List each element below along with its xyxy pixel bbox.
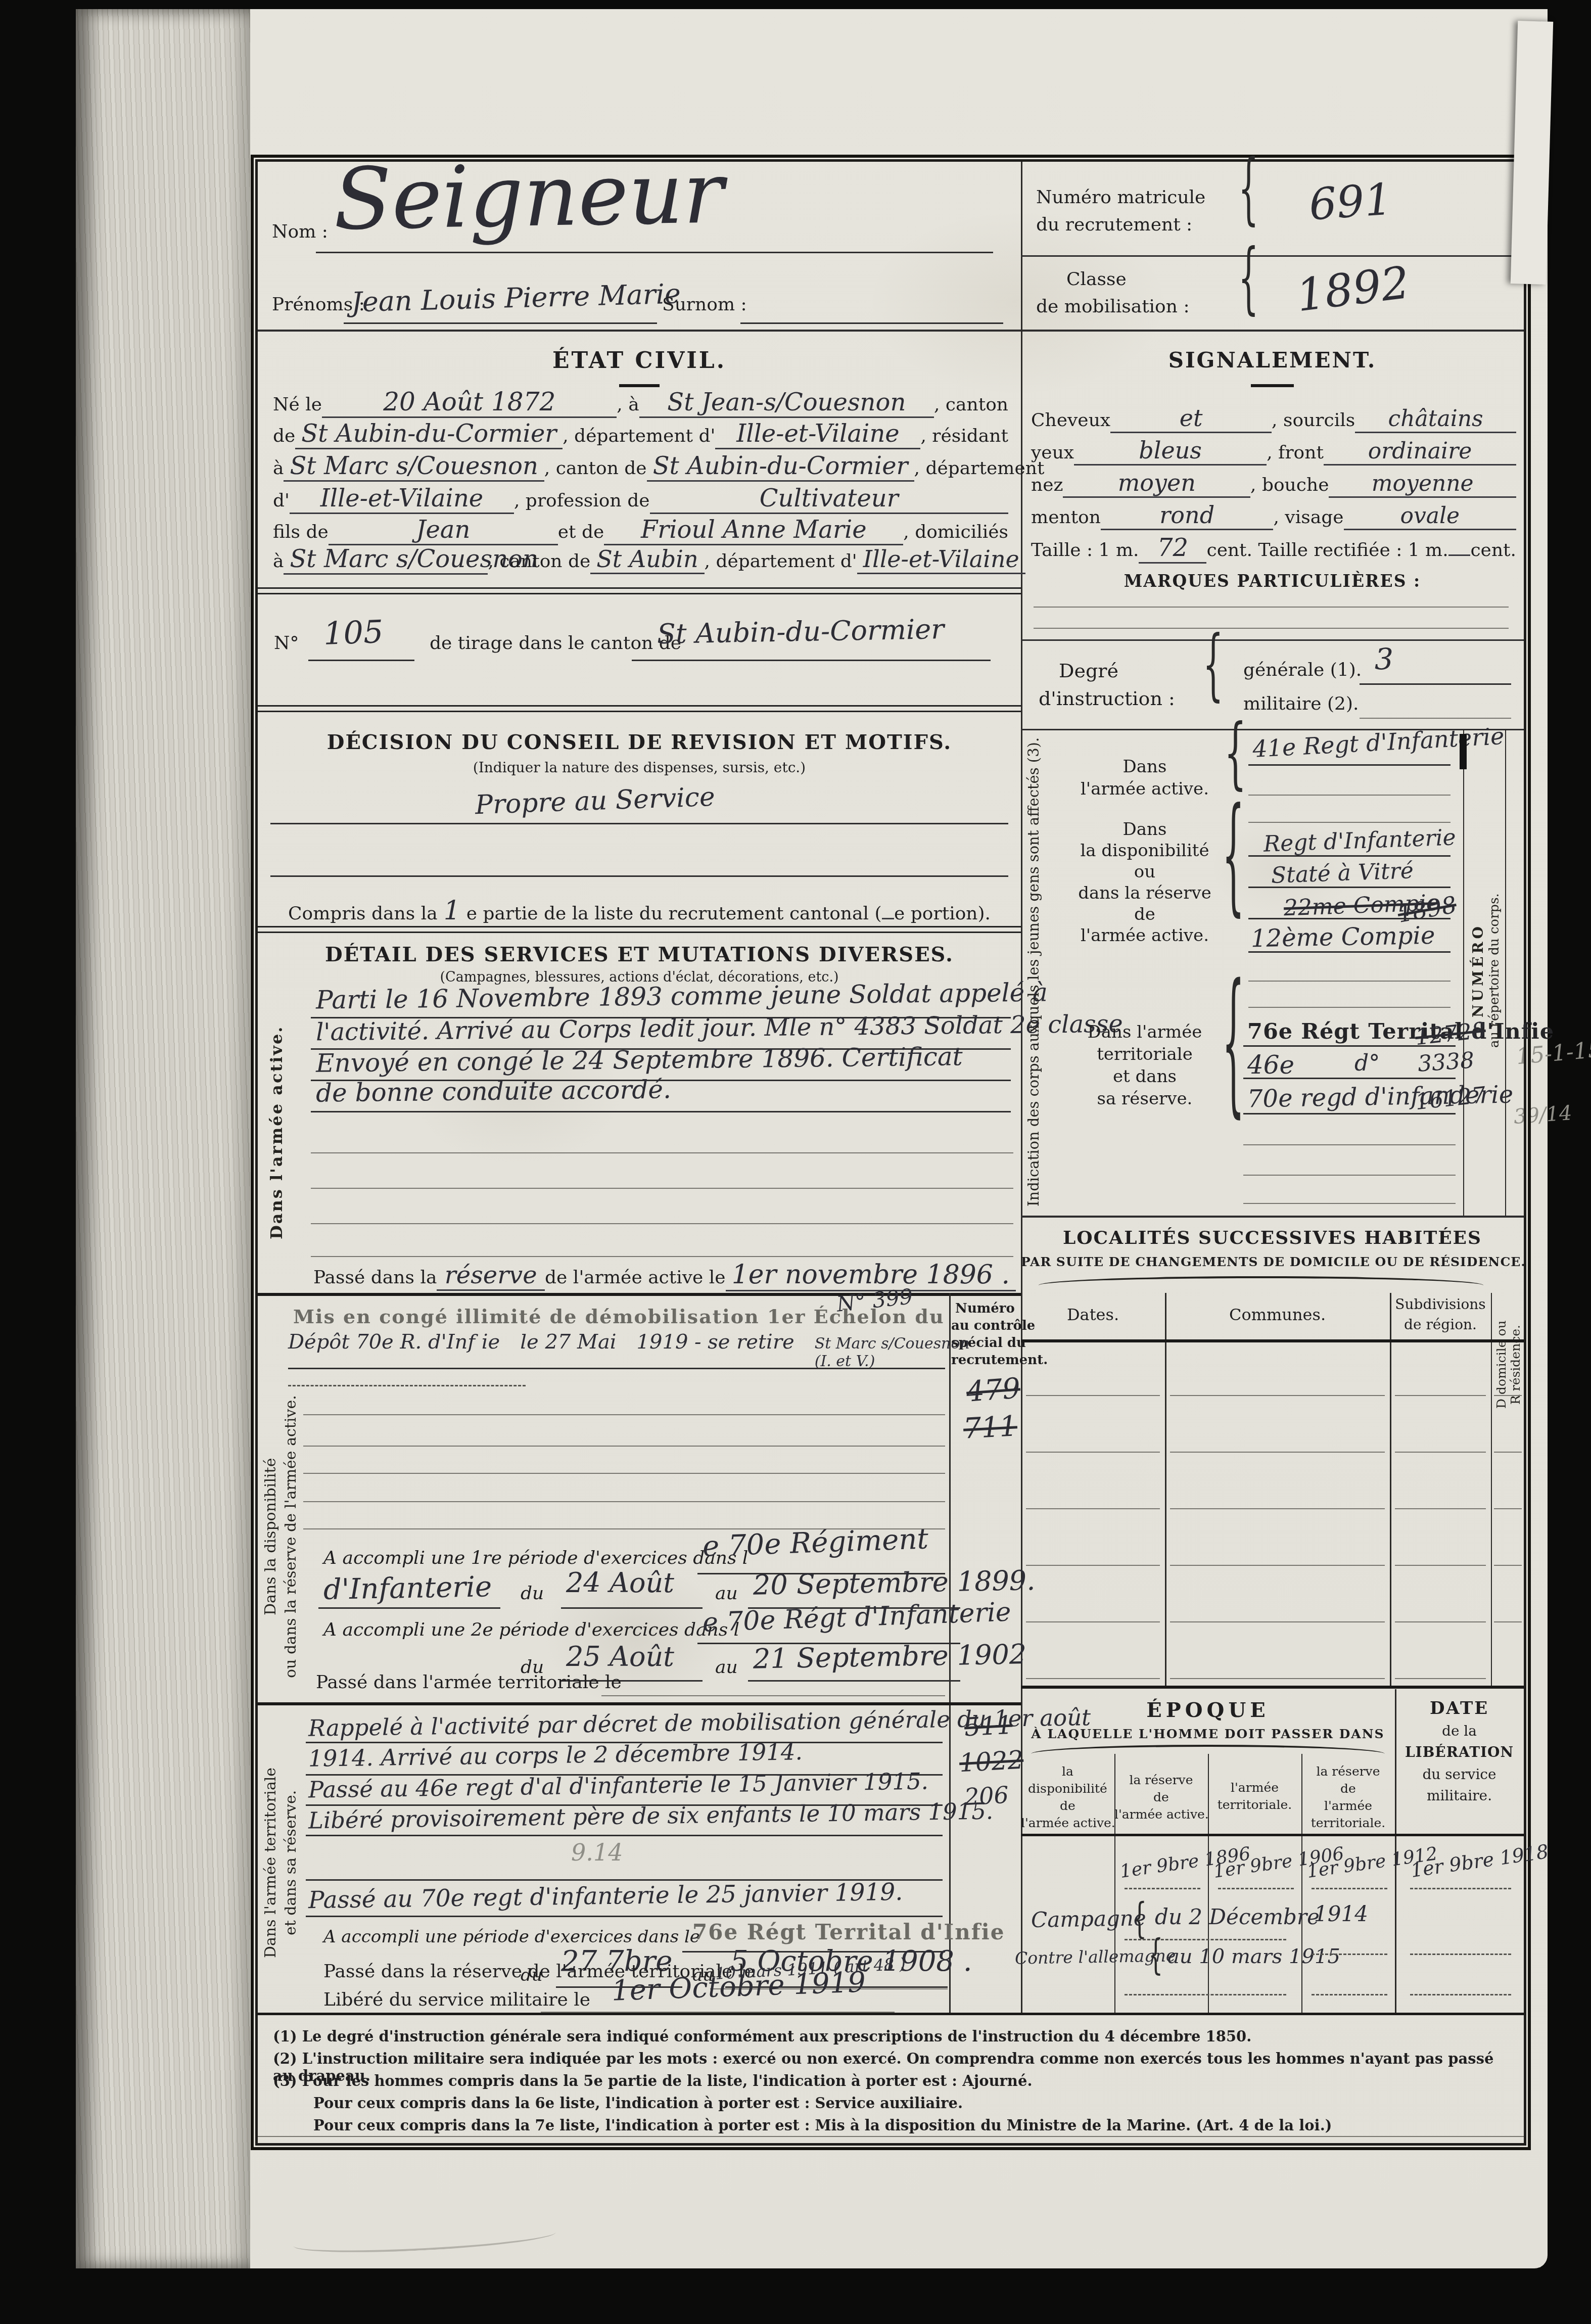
etat-civil-row: de St Aubin-du-Cormier , département d' … [273, 420, 1008, 449]
table-row-rule [1170, 1452, 1385, 1453]
portion-blank [882, 918, 894, 919]
table-row-rule [1026, 1565, 1160, 1566]
epoque-col2-label: la réserve de l'armée active. [1114, 1772, 1208, 1823]
label-line: l'armée active. [1021, 1815, 1114, 1832]
passe-reserve-date: 1er novembre 1896 . [726, 1260, 1016, 1291]
label-line: de [1301, 1780, 1395, 1797]
field-label: Compris dans la [288, 903, 438, 924]
footnote: Pour ceux compris dans la 6e liste, l'in… [313, 2095, 1511, 2112]
field-label: cent. [1470, 540, 1516, 561]
field-label: , profession de [514, 490, 650, 511]
field-label: yeux [1031, 442, 1074, 463]
surnom-label: Surnom : [662, 294, 747, 315]
periode2-regiment: e 70e Régt d'Infanterie [702, 1597, 1011, 1638]
campagne-label: Campagne [1031, 1905, 1147, 1932]
pencil-scribble [293, 2221, 556, 2257]
label-line: sa réserve. [1061, 1088, 1228, 1110]
campagne-au: au 10 mars 1915 [1167, 1945, 1340, 1968]
field-label: fils de [273, 522, 329, 542]
birth-place: St Jean-s/Couesnon [639, 388, 934, 418]
taille-row: Taille : 1 m. 72 cent. Taille rectifiée … [1031, 534, 1516, 564]
field-label: e partie de la liste du recrutement cant… [466, 903, 882, 924]
blank-rule [303, 1473, 945, 1474]
conge-place: St Marc s/Couesnon [815, 1335, 970, 1353]
services-title: DÉTAIL DES SERVICES ET MUTATIONS DIVERSE… [258, 943, 1021, 966]
parents-domicile: St Marc s/Couesnon [284, 545, 488, 575]
label-line: territoriale. [1301, 1815, 1395, 1832]
corps-dispo-value: Regt d'Infanterie [1263, 824, 1456, 857]
field-label: , à [617, 394, 639, 415]
controle-header-line: Numéro [951, 1300, 1019, 1317]
tirage-canton-line [632, 660, 991, 661]
table-row-rule [1026, 1452, 1160, 1453]
blank-rule [311, 1256, 1013, 1257]
corps-active-value: 41e Regt d'Infanterie [1252, 722, 1505, 763]
scanned-register-page: { "glyphs": {"brace": "{"}, "header": { … [0, 0, 1591, 2324]
label-line: dans la réserve [1061, 882, 1228, 904]
paper-sheet: 15-1-15 39/14 Nom : Seigneur Prénoms : J… [76, 9, 1548, 2268]
matricule-label2: du recrutement : [1036, 214, 1192, 235]
menton-value: rond [1101, 501, 1274, 530]
label-line: Dans [1061, 819, 1228, 840]
signalement-row: menton rond , visage ovale [1031, 501, 1516, 530]
epoque-subtitle: À LAQUELLE L'HOMME DOIT PASSER DANS [1021, 1727, 1395, 1741]
cheveux-value: et [1110, 404, 1272, 433]
taille-rectifiee-blank [1448, 554, 1471, 556]
signalement-title: SIGNALEMENT. [1021, 348, 1524, 373]
table-row-rule [1026, 1678, 1160, 1679]
periode2-label: A accompli une 2e période d'exercices da… [323, 1619, 739, 1640]
corps-terr-number: 3338 [1417, 1047, 1475, 1077]
rule [318, 1607, 500, 1609]
blank-rule [303, 1446, 945, 1447]
repertoire-strip-label1: NUMÉRO [1470, 819, 1486, 1122]
field-label: de [273, 426, 295, 446]
label-line: la réserve [1114, 1772, 1208, 1789]
blank-rule [311, 1188, 1013, 1189]
rule [1243, 1113, 1456, 1114]
periode1-au: 20 Septembre 1899. [753, 1564, 1035, 1601]
side-label-corps: Indication des corps auxquels les jeunes… [1025, 733, 1042, 1211]
tirage-no-value: 105 [323, 613, 384, 652]
repertoire-strip-border [1463, 729, 1464, 1216]
label-line: l'armée active. [1114, 1806, 1208, 1823]
conge-place-stack: St Marc s/Couesnon (I. et V.) [815, 1335, 970, 1370]
matricule-form: Nom : Seigneur Prénoms : Jean Louis Pier… [255, 159, 1526, 2146]
section-divider [258, 587, 1021, 594]
etat-civil-row: Né le 20 Août 1872 , à St Jean-s/Couesno… [273, 387, 1008, 418]
marge-number: 206 [964, 1781, 1010, 1811]
dashed-rule [1410, 1954, 1511, 1955]
label-line: territoriale. [1208, 1796, 1301, 1814]
field-label: , département [914, 458, 1045, 479]
rule [306, 1916, 943, 1917]
epoque-col1-label: la disponibilité de l'armée active. [1021, 1763, 1114, 1832]
side-label-disponibilite: Dans la disponibilité [262, 1385, 279, 1688]
blank-rule [1248, 981, 1450, 982]
classe-label: Classe [1066, 269, 1127, 290]
compris-row: Compris dans la 1 e partie de la liste d… [288, 896, 991, 927]
adjacent-page-sliver [1511, 21, 1553, 285]
field-label: , visage [1273, 507, 1343, 528]
corps-terr-value: 46e [1247, 1050, 1294, 1080]
profession: Cultivateur [650, 484, 1008, 514]
label-line: l'armée [1208, 1779, 1301, 1796]
prenoms-value: Jean Louis Pierre Marie [351, 277, 681, 318]
campagne-du: du 2 Décembre [1155, 1904, 1320, 1929]
localites-divider [1165, 1293, 1166, 1686]
epoque-top-rule [1021, 1686, 1524, 1689]
tirage-text: de tirage dans le canton de [430, 633, 681, 654]
dashed-rule [1125, 1994, 1286, 1995]
field-label: , département d' [705, 551, 857, 572]
field-label: à [273, 551, 284, 572]
section-divider [258, 705, 1021, 712]
etat-civil-row: à St Marc s/Couesnon , canton de St Aubi… [273, 452, 1008, 482]
epoque-header-rule [1021, 1834, 1524, 1836]
label-line: l'armée [1301, 1797, 1395, 1815]
terr-passe-label: Passé dans l'armée territoriale le [316, 1672, 622, 1693]
blank-rule [311, 1152, 1013, 1153]
localites-dr-label1: D domicile ou [1494, 1291, 1509, 1438]
blank-rule [1243, 1144, 1456, 1145]
field-label: , front [1267, 442, 1324, 463]
blank-rule [303, 1501, 945, 1502]
passe-reserve-value: réserve [437, 1261, 545, 1291]
signalement-title-rule [1251, 384, 1294, 387]
etat-civil-row: d' Ille-et-Vilaine , profession de Culti… [273, 484, 1008, 514]
matricule-label: Numéro matricule [1036, 187, 1205, 208]
footnote: (1) Le degré d'instruction générale sera… [273, 2028, 1511, 2045]
rule [1243, 1078, 1456, 1079]
conge-date: le 27 Mai [520, 1330, 616, 1354]
table-row-rule [1170, 1565, 1385, 1566]
table-row-rule [1170, 1508, 1385, 1509]
controle-number: 711 [962, 1410, 1018, 1446]
degre-label2: d'instruction : [1039, 687, 1175, 710]
mobilisation-entry: Passé au 70e regt d'infanterie le 25 jan… [308, 1878, 903, 1914]
table-row-rule [1395, 1565, 1486, 1566]
front-value: ordinaire [1324, 438, 1516, 466]
side-label-territoriale: Dans l'armée territoriale [262, 1731, 279, 1994]
repertoire-strip-bar [1460, 734, 1467, 769]
epoque-col3-label: l'armée territoriale. [1208, 1779, 1301, 1814]
liste-partie-value: 1 [438, 896, 466, 927]
periode-terr-label: A accompli une période d'exercices dans … [323, 1927, 700, 1947]
blank-rule [1034, 607, 1509, 608]
side-label-disponibilite2: ou dans la réserve de l'armée active. [282, 1360, 300, 1713]
marques-label: MARQUES PARTICULIÈRES : [1021, 571, 1524, 591]
service-entry: de bonne conduite accordé. [316, 1075, 671, 1107]
marge-number: 511 [964, 1710, 1013, 1742]
yeux-value: bleus [1074, 437, 1267, 466]
repertoire-strip-border2 [1505, 729, 1506, 1216]
decision-value: Propre au Service [475, 782, 716, 821]
periode1-label: A accompli une 1re période d'exercices d… [323, 1548, 748, 1568]
rule [1248, 855, 1450, 857]
signalement-row: yeux bleus , front ordinaire [1031, 437, 1516, 466]
epoque-col4-label: la réserve de l'armée territoriale. [1301, 1763, 1395, 1832]
service-entry: Envoyé en congé le 24 Septembre 1896. Ce… [316, 1042, 963, 1078]
field-label: , département d' [563, 426, 715, 446]
field-label: , sourcils [1272, 410, 1355, 431]
degre-brace: { [1203, 621, 1224, 711]
date-col-label: du service [1395, 1766, 1524, 1783]
date-col-label: LIBÉRATION [1395, 1744, 1524, 1760]
table-row-rule [1026, 1395, 1160, 1396]
label-line: Dans l'armée [1061, 1021, 1228, 1043]
tirage-no-line [308, 660, 414, 661]
controle-number: 479 [965, 1372, 1021, 1408]
section-rule [1021, 1216, 1524, 1218]
table-row-rule [1170, 1678, 1385, 1679]
rule [311, 1111, 1011, 1112]
field-label: de l'armée active le [545, 1267, 726, 1288]
corps-terr-ditto: d° [1354, 1050, 1380, 1076]
field-label: menton [1031, 507, 1101, 528]
epoque-title: ÉPOQUE [1021, 1698, 1395, 1722]
decision-title: DÉCISION DU CONSEIL DE REVISION ET MOTIF… [258, 730, 1021, 754]
field-label: à [273, 458, 284, 479]
blank-rule [1248, 795, 1450, 796]
label-line: l'armée active. [1061, 925, 1228, 946]
rule [1248, 918, 1450, 919]
corps-active-label: Dans l'armée active. [1061, 756, 1228, 800]
campagne-brace2: { [1148, 1930, 1163, 1979]
label-line: Dans [1061, 756, 1228, 778]
au-label: au [715, 1583, 738, 1604]
header-bottom-rule [258, 330, 1524, 332]
libere-label: Libéré du service militaire le [323, 1989, 590, 2010]
rule [1248, 887, 1450, 888]
section-divider [258, 926, 1021, 933]
table-row-rule [1395, 1508, 1486, 1509]
table-row-rule [1395, 1678, 1486, 1679]
du-label: du [521, 1583, 544, 1604]
generale-label: générale (1). [1243, 660, 1362, 680]
service-entry: l'activité. Arrivé au Corps ledit jour. … [316, 1010, 1123, 1047]
side-label-territoriale2: et dans sa réserve. [282, 1731, 300, 1994]
field-label: , canton de [488, 551, 590, 572]
localites-col-subdiv2: de région. [1390, 1316, 1491, 1333]
blank-rule [1360, 718, 1511, 719]
label-line: territoriale [1061, 1043, 1228, 1065]
localites-col-dates: Dates. [1021, 1305, 1165, 1324]
field-label: , domiciliés [903, 522, 1008, 542]
marge-number: 1022 [959, 1745, 1024, 1778]
blank-rule [1248, 1007, 1450, 1008]
table-row-rule [1395, 1452, 1486, 1453]
mother-name: Frioul Anne Marie [604, 516, 903, 545]
nom-underline [316, 252, 993, 253]
matricule-brace: { [1238, 145, 1259, 235]
dashed-rule [288, 1385, 526, 1386]
birth-canton: St Aubin-du-Cormier [295, 420, 563, 449]
table-row-rule [1026, 1508, 1160, 1509]
table-row-rule [1494, 1621, 1522, 1622]
prenoms-underline [344, 322, 657, 324]
book-page-stack-edge [76, 9, 250, 2268]
field-label: d' [273, 490, 290, 511]
date-col-label: militaire. [1395, 1787, 1524, 1804]
table-row-rule [1494, 1395, 1522, 1396]
field-label: et de [558, 522, 604, 542]
dashed-rule [1312, 1888, 1387, 1889]
label-line: de [1021, 1797, 1114, 1815]
field-label: Né le [273, 394, 322, 415]
periode1-infanterie: d'Infanterie [323, 1570, 492, 1606]
visage-value: ovale [1344, 503, 1517, 530]
rule [561, 1607, 703, 1609]
label-line: et dans [1061, 1065, 1228, 1088]
table-row-rule [1395, 1621, 1486, 1622]
residence-place: St Marc s/Couesnon [284, 452, 544, 482]
field-label: e portion). [894, 903, 991, 924]
footnote: (3) Pour les hommes compris dans la 5e p… [273, 2072, 1511, 2089]
nom-value: Seigneur [333, 143, 724, 249]
rule [1248, 764, 1450, 766]
date-col-label: de la [1395, 1723, 1524, 1739]
matricule-row-rule [1021, 255, 1524, 257]
conge-depot: Dépôt 70e R. d'Inf ie [288, 1330, 500, 1354]
localites-dr-label2: R résidence. [1508, 1291, 1523, 1438]
periode2-du: 25 Août [566, 1641, 674, 1672]
classe-brace: { [1238, 234, 1259, 324]
corps-dispo-value: 12ème Compie [1251, 921, 1435, 953]
label-line: disponibilité [1021, 1780, 1114, 1797]
rule [1360, 683, 1511, 685]
decision-line1 [270, 823, 1008, 824]
rule [306, 1835, 943, 1836]
tirage-no-label: N° [274, 633, 299, 654]
classe-label2: de mobilisation : [1036, 296, 1190, 317]
matricule-value: 691 [1307, 174, 1394, 230]
corps-dispo-brace: { [1222, 780, 1245, 929]
localites-title: LOCALITÉS SUCCESSIVES HABITÉES [1021, 1227, 1524, 1248]
etat-civil-title: ÉTAT CIVIL. [258, 348, 1021, 374]
blank-rule [1243, 1203, 1456, 1204]
corps-terr-brace: { [1222, 951, 1245, 1133]
section-divider-thick [258, 1702, 1021, 1705]
corps-terr-label: Dans l'armée territoriale et dans sa rés… [1061, 1021, 1228, 1110]
generale-value: 3 [1375, 642, 1393, 676]
decision-line2 [270, 875, 1008, 877]
periode2-au: 21 Septembre 1902 [753, 1638, 1026, 1675]
parents-canton: St Aubin [590, 545, 704, 574]
localites-col-subdiv1: Subdivisions [1390, 1296, 1491, 1313]
dashed-rule [1312, 1954, 1387, 1955]
regiment-stamp-dark: 76e Régt Territal d'Infie [1247, 1019, 1554, 1044]
footnote-divider [258, 2013, 1524, 2015]
campagne-annee: 1914 [1314, 1901, 1368, 1926]
repertoire-strip-label2: au répertoire du corps. [1487, 768, 1502, 1173]
nom-label: Nom : [272, 221, 328, 242]
table-row-rule [1494, 1565, 1522, 1566]
localites-col-communes: Communes. [1165, 1305, 1390, 1324]
classe-value: 1892 [1294, 256, 1413, 322]
birth-date: 20 Août 1872 [322, 387, 617, 418]
regiment-stamp-faded: 76e Régt Territal d'Infie [692, 1920, 1005, 1944]
label-line: la [1021, 1763, 1114, 1780]
birth-department: Ille-et-Vilaine [715, 420, 920, 449]
localites-divider [1491, 1293, 1492, 1686]
field-label: cent. Taille rectifiée : 1 m. [1206, 540, 1448, 561]
father-name: Jean [329, 516, 558, 545]
signalement-row: nez moyen , bouche moyenne [1031, 469, 1516, 498]
surnom-underline [740, 322, 1003, 324]
footer-rule [258, 2136, 1524, 2137]
label-line: la réserve [1301, 1763, 1395, 1780]
field-label: , canton [934, 394, 1008, 415]
dashed-rule [1312, 1994, 1387, 1995]
label-line: de [1061, 904, 1228, 925]
table-row-rule [1494, 1452, 1522, 1453]
localites-header-rule [1021, 1339, 1524, 1342]
signalement-row: Cheveux et , sourcils châtains [1031, 404, 1516, 433]
mobilisation-entry: Libéré provisoirement père de six enfant… [308, 1798, 994, 1834]
corps-dispo-label: Dans la disponibilité ou dans la réserve… [1061, 819, 1228, 946]
pencil-note: 9.14 [571, 1839, 623, 1866]
mobilisation-entry: 1914. Arrivé au corps le 2 décembre 1914… [308, 1738, 803, 1772]
field-label: , résidant [920, 426, 1008, 446]
table-row-rule [1170, 1621, 1385, 1622]
au-label: au [715, 1657, 738, 1678]
controle-header-line: au contrôle [951, 1317, 1019, 1334]
table-row-rule [1395, 1395, 1486, 1396]
localites-subtitle: PAR SUITE DE CHANGEMENTS DE DOMICILE OU … [1021, 1254, 1524, 1269]
footnote: Pour ceux compris dans la 7e liste, l'in… [313, 2117, 1511, 2134]
rule [748, 1680, 960, 1682]
etat-civil-row: fils de Jean et de Frioul Anne Marie , d… [273, 516, 1008, 545]
side-label-armee-active: Dans l'armée active. [267, 991, 286, 1274]
section-rule [1021, 639, 1524, 641]
label-line: l'armée active. [1061, 778, 1228, 800]
blank-rule [1034, 628, 1509, 629]
campagne-brace: { [1132, 1893, 1147, 1942]
taille-value: 72 [1139, 534, 1206, 564]
localites-divider [1390, 1293, 1391, 1686]
dashed-rule [1125, 1888, 1200, 1889]
degre-label1: Degré [1059, 660, 1118, 682]
rule [288, 1368, 945, 1369]
dashed-rule [1410, 1994, 1511, 1995]
rule [1243, 1045, 1456, 1047]
parents-department: Ille-et-Vilaine [857, 545, 1025, 574]
date-col-label: DATE [1395, 1698, 1524, 1718]
dashed-rule [1218, 1888, 1294, 1889]
bouche-value: moyenne [1329, 471, 1516, 498]
field-label: , canton de [544, 458, 647, 479]
nez-value: moyen [1063, 469, 1250, 498]
blank-rule [1248, 822, 1450, 823]
mobilisation-entry: Passé au 46e regt d'al d'infanterie le 1… [308, 1768, 929, 1803]
blank-rule [601, 1695, 945, 1696]
decision-subtitle: (Indiquer la nature des dispenses, sursi… [258, 759, 1021, 776]
table-row-rule [1494, 1508, 1522, 1509]
dashed-rule [1410, 1888, 1511, 1889]
conge-retire: 1919 - se retire [637, 1330, 794, 1354]
field-label: Passé dans la [313, 1267, 437, 1288]
field-label: Taille : 1 m. [1031, 540, 1139, 561]
label-line: ou [1061, 861, 1228, 882]
residence-department: Ille-et-Vilaine [290, 484, 514, 514]
blank-rule [311, 1223, 1013, 1224]
tirage-canton: St Aubin-du-Cormier [657, 613, 944, 650]
sourcils-value: châtains [1355, 406, 1516, 433]
field-label: , bouche [1250, 475, 1329, 495]
field-label: Cheveux [1031, 410, 1110, 431]
localites-brace [1039, 1276, 1483, 1287]
